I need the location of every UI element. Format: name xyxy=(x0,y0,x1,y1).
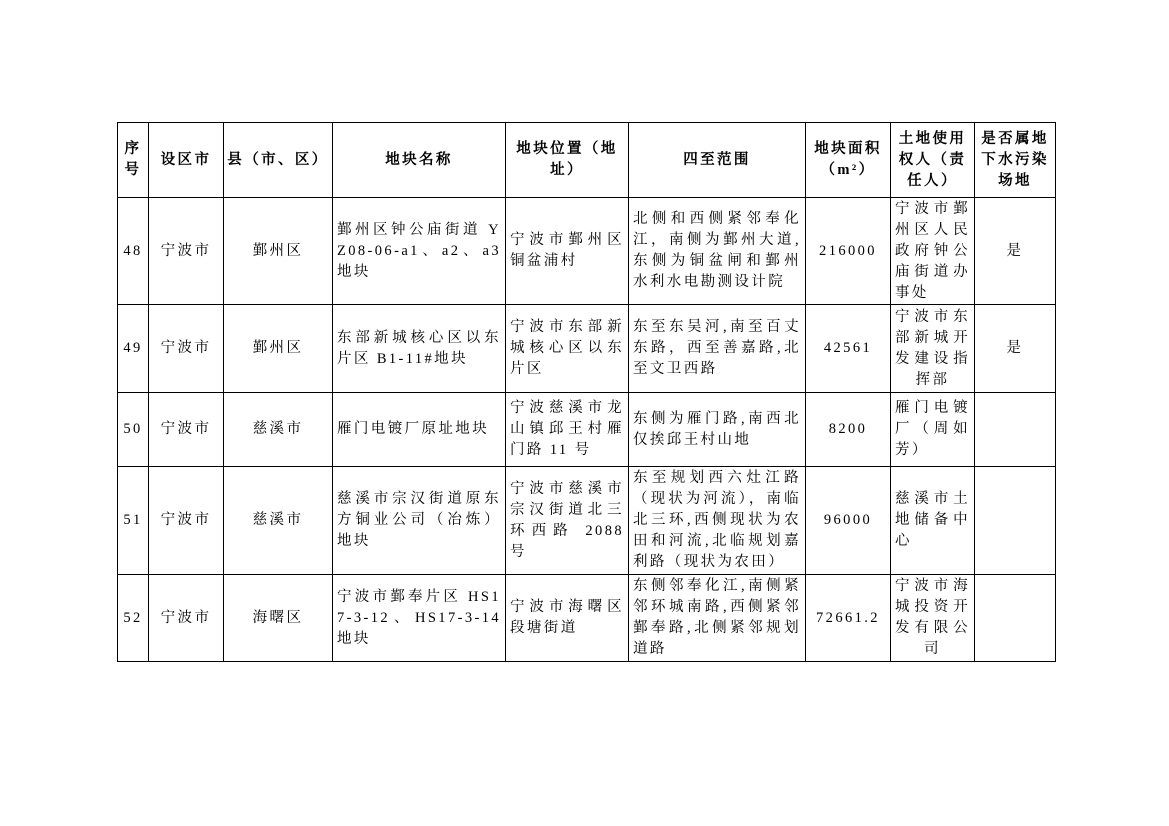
col-header-county: 县（市、区） xyxy=(224,123,333,198)
cell-holder: 雁门电镀厂（周如芳） xyxy=(891,393,975,467)
header-row: 序号 设区市 县（市、区） 地块名称 地块位置（地址） 四至范围 地块面积（m²… xyxy=(118,123,1056,198)
cell-holder: 宁波市东部新城开发建设指挥部 xyxy=(891,305,975,393)
cell-seq: 49 xyxy=(118,305,149,393)
cell-holder: 宁波市鄞州区人民政府钟公庙街道办事处 xyxy=(891,198,975,305)
cell-seq: 50 xyxy=(118,393,149,467)
cell-location: 宁波市东部新城核心区以东片区 xyxy=(506,305,629,393)
col-header-groundwater: 是否属地下水污染场地 xyxy=(975,123,1056,198)
cell-city: 宁波市 xyxy=(149,305,224,393)
cell-location: 宁波市海曙区段塘街道 xyxy=(506,575,629,662)
cell-county: 慈溪市 xyxy=(224,467,333,575)
cell-bounds: 北侧和西侧紧邻奉化江，南侧为鄞州大道,东侧为铜盆闸和鄞州水利水电勘测设计院 xyxy=(629,198,806,305)
document-page: 序号 设区市 县（市、区） 地块名称 地块位置（地址） 四至范围 地块面积（m²… xyxy=(0,0,1169,826)
col-header-seq: 序号 xyxy=(118,123,149,198)
cell-seq: 51 xyxy=(118,467,149,575)
cell-area: 42561 xyxy=(806,305,891,393)
cell-holder: 慈溪市土地储备中心 xyxy=(891,467,975,575)
col-header-plot-name: 地块名称 xyxy=(333,123,506,198)
col-header-location: 地块位置（地址） xyxy=(506,123,629,198)
cell-city: 宁波市 xyxy=(149,575,224,662)
cell-bounds: 东侧为雁门路,南西北仅挨邱王村山地 xyxy=(629,393,806,467)
table-row: 49 宁波市 鄞州区 东部新城核心区以东片区 B1-11#地块 宁波市东部新城核… xyxy=(118,305,1056,393)
table-row: 51 宁波市 慈溪市 慈溪市宗汉街道原东方铜业公司（冶炼）地块 宁波市慈溪市宗汉… xyxy=(118,467,1056,575)
cell-location: 宁波市鄞州区铜盆浦村 xyxy=(506,198,629,305)
cell-seq: 52 xyxy=(118,575,149,662)
cell-bounds: 东侧邻奉化江,南侧紧邻环城南路,西侧紧邻鄞奉路,北侧紧邻规划道路 xyxy=(629,575,806,662)
cell-groundwater: 是 xyxy=(975,305,1056,393)
cell-county: 海曙区 xyxy=(224,575,333,662)
cell-city: 宁波市 xyxy=(149,467,224,575)
cell-bounds: 东至规划西六灶江路（现状为河流），南临北三环,西侧现状为农田和河流,北临规划嘉利… xyxy=(629,467,806,575)
col-header-holder: 土地使用权人（责任人） xyxy=(891,123,975,198)
cell-area: 8200 xyxy=(806,393,891,467)
col-header-area: 地块面积（m²） xyxy=(806,123,891,198)
cell-plot-name: 雁门电镀厂原址地块 xyxy=(333,393,506,467)
cell-groundwater: 是 xyxy=(975,198,1056,305)
cell-county: 慈溪市 xyxy=(224,393,333,467)
table-row: 48 宁波市 鄞州区 鄞州区钟公庙街道 YZ08-06-a1、a2、a3 地块 … xyxy=(118,198,1056,305)
land-parcel-table: 序号 设区市 县（市、区） 地块名称 地块位置（地址） 四至范围 地块面积（m²… xyxy=(117,122,1056,662)
cell-area: 72661.2 xyxy=(806,575,891,662)
cell-bounds: 东至东吴河,南至百丈东路，西至善嘉路,北至文卫西路 xyxy=(629,305,806,393)
cell-location: 宁波慈溪市龙山镇邱王村雁门路 11 号 xyxy=(506,393,629,467)
cell-location: 宁波市慈溪市宗汉街道北三环西路 2088 号 xyxy=(506,467,629,575)
cell-plot-name: 鄞州区钟公庙街道 YZ08-06-a1、a2、a3 地块 xyxy=(333,198,506,305)
cell-area: 96000 xyxy=(806,467,891,575)
table-row: 50 宁波市 慈溪市 雁门电镀厂原址地块 宁波慈溪市龙山镇邱王村雁门路 11 号… xyxy=(118,393,1056,467)
cell-city: 宁波市 xyxy=(149,198,224,305)
cell-county: 鄞州区 xyxy=(224,305,333,393)
col-header-city: 设区市 xyxy=(149,123,224,198)
cell-groundwater xyxy=(975,575,1056,662)
col-header-bounds: 四至范围 xyxy=(629,123,806,198)
cell-city: 宁波市 xyxy=(149,393,224,467)
cell-holder: 宁波市海城投资开发有限公司 xyxy=(891,575,975,662)
cell-plot-name: 东部新城核心区以东片区 B1-11#地块 xyxy=(333,305,506,393)
table-row: 52 宁波市 海曙区 宁波市鄞奉片区 HS17-3-12、HS17-3-14 地… xyxy=(118,575,1056,662)
cell-groundwater xyxy=(975,393,1056,467)
cell-seq: 48 xyxy=(118,198,149,305)
cell-groundwater xyxy=(975,467,1056,575)
cell-area: 216000 xyxy=(806,198,891,305)
cell-plot-name: 宁波市鄞奉片区 HS17-3-12、HS17-3-14 地块 xyxy=(333,575,506,662)
cell-county: 鄞州区 xyxy=(224,198,333,305)
cell-plot-name: 慈溪市宗汉街道原东方铜业公司（冶炼）地块 xyxy=(333,467,506,575)
